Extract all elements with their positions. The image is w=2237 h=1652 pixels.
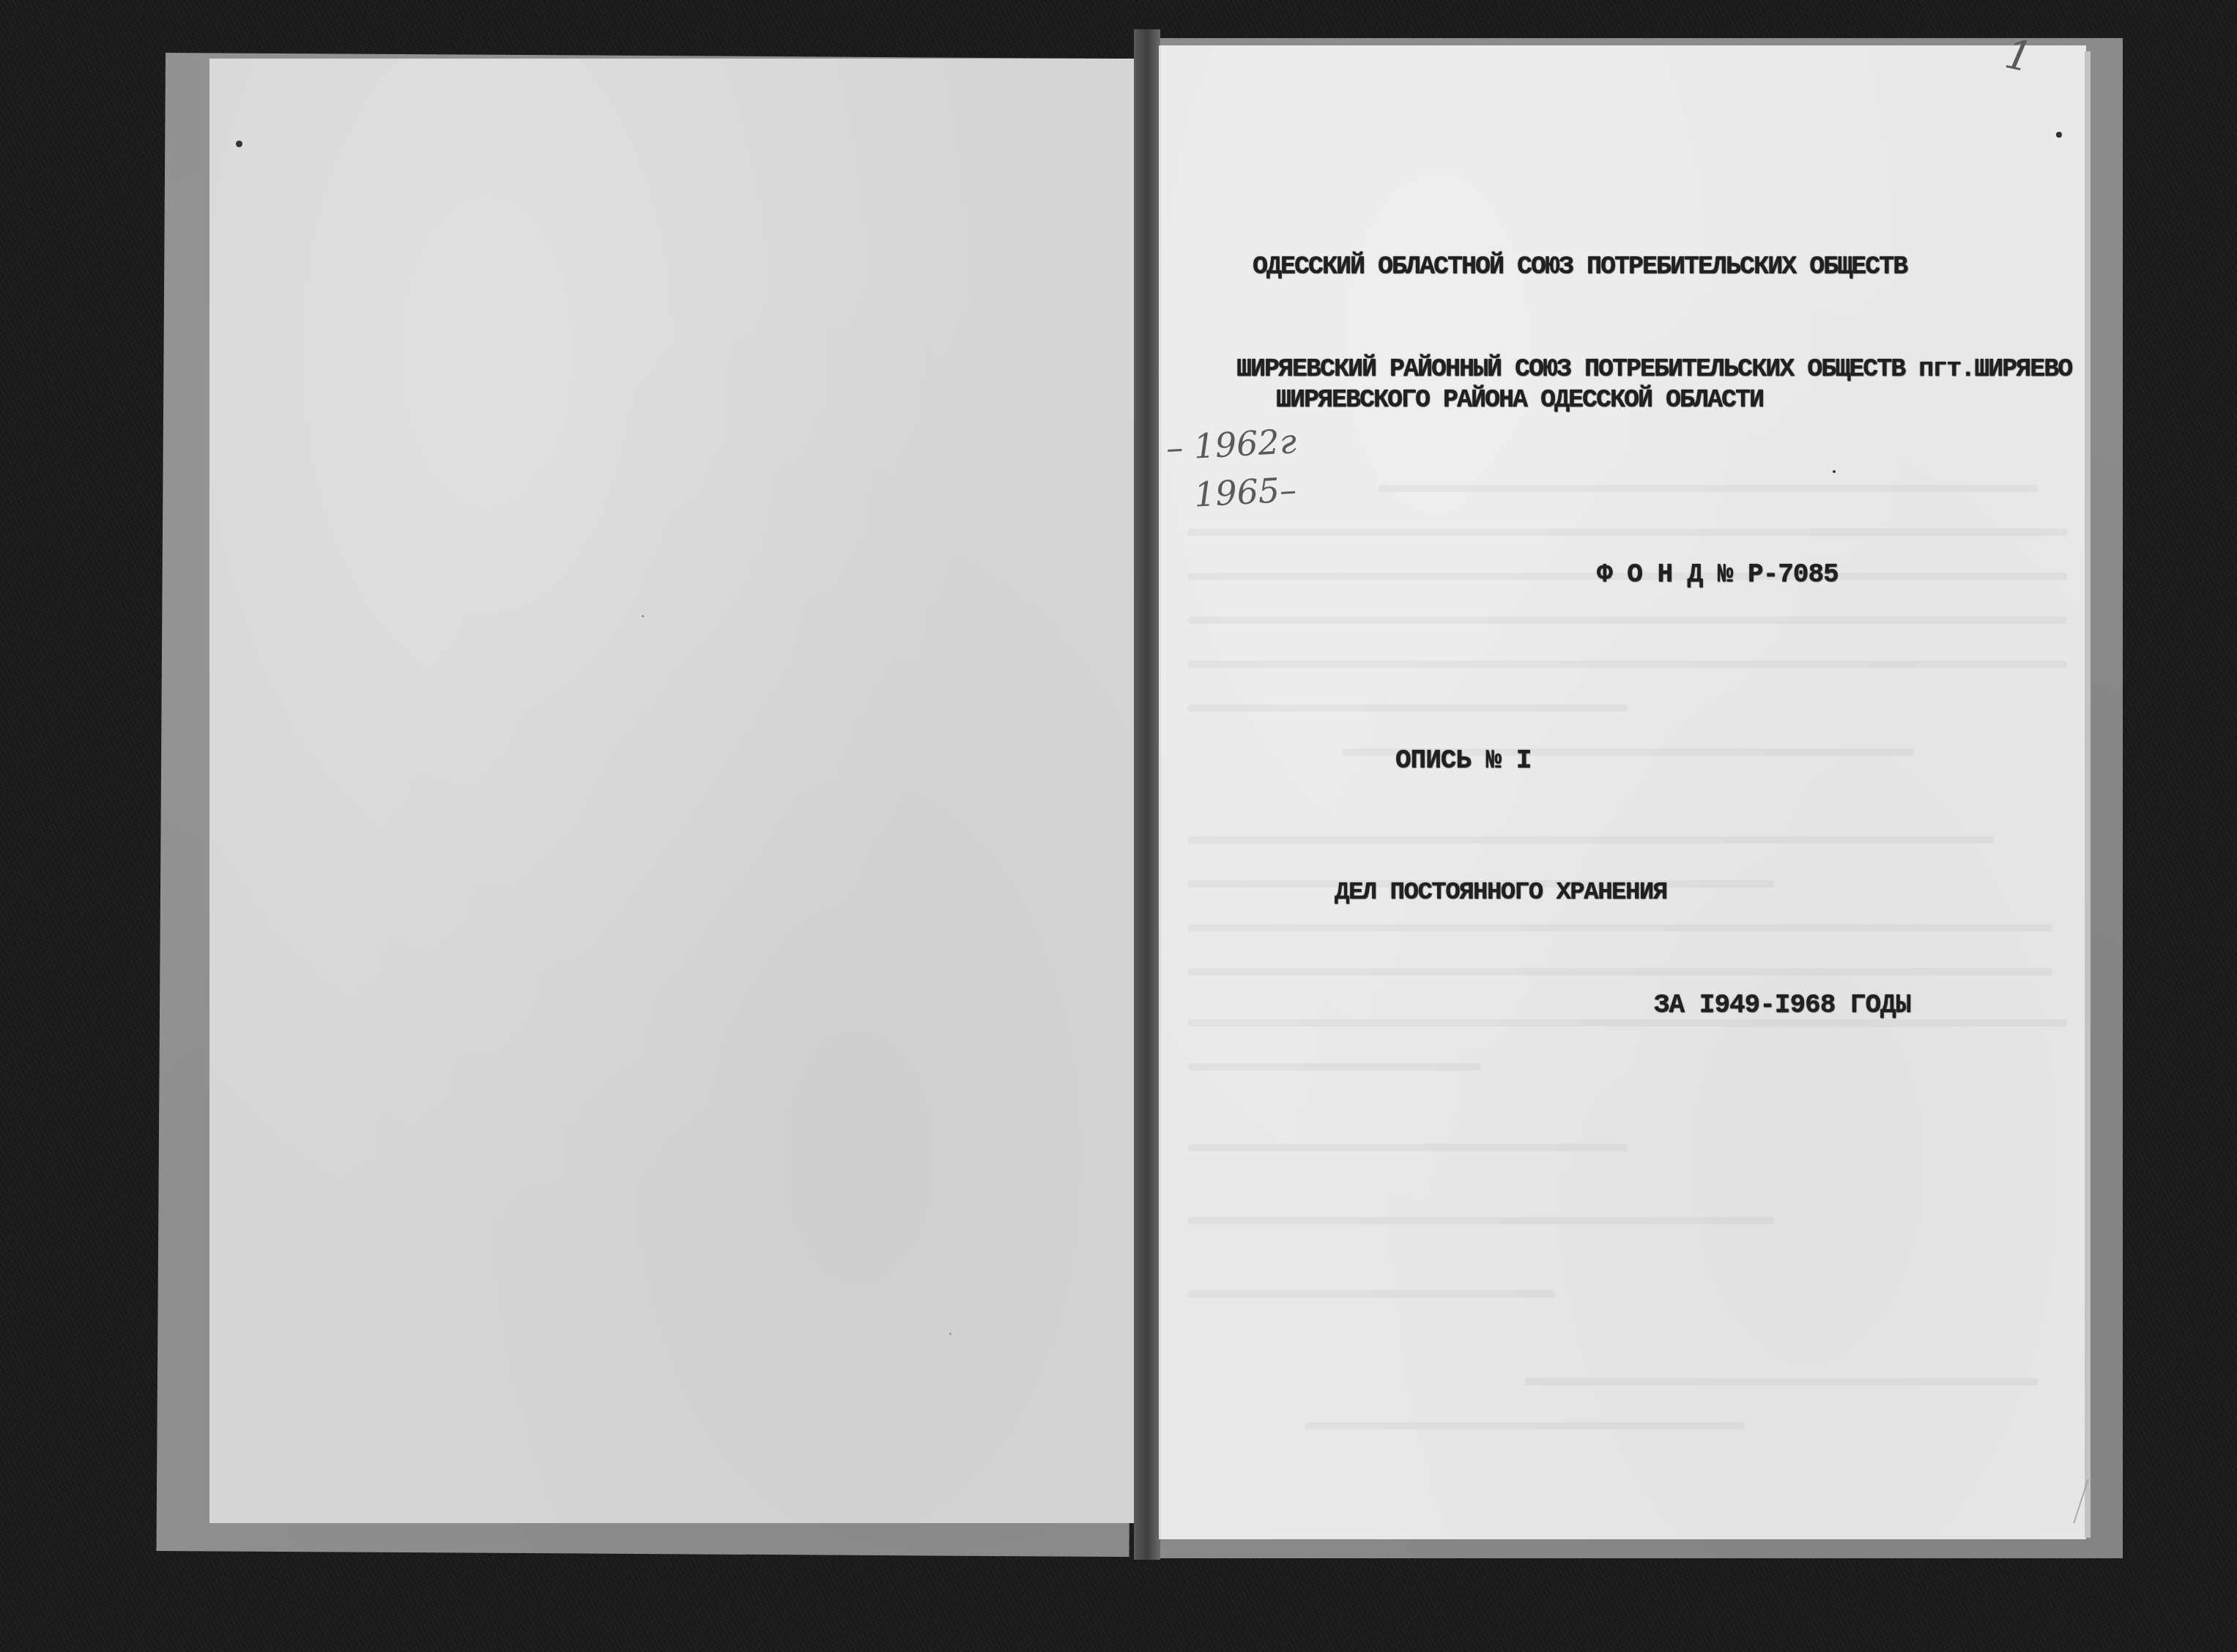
district-union-line-1: ШИРЯЕВСКИЙ РАЙОННЫЙ СОЮЗ ПОТРЕБИТЕЛЬСКИХ… (1236, 354, 2071, 384)
left-page-blank (209, 59, 1137, 1523)
bleed-through-text (1188, 661, 2067, 668)
ink-speck (2056, 132, 2062, 138)
book-spine-gutter (1134, 29, 1160, 1560)
bleed-through-text (1188, 924, 2052, 931)
ink-speck (1833, 470, 1836, 473)
bleed-through-text (1188, 1290, 1554, 1298)
bleed-through-text (1188, 617, 2067, 624)
bleed-through-text (1188, 529, 2067, 536)
records-description: ДЕЛ ПОСТОЯННОГО ХРАНЕНИЯ (1335, 879, 1667, 907)
bleed-through-text (1379, 485, 2038, 492)
bleed-through-text (1188, 1019, 2067, 1027)
handwritten-date-1965: 1965– (1193, 469, 1298, 514)
ink-speck (642, 615, 644, 617)
bleed-through-text (1188, 1144, 1628, 1151)
bleed-through-text (1305, 1422, 1745, 1429)
page-edge (2085, 51, 2091, 1538)
bleed-through-text (1188, 1217, 1774, 1224)
district-union-line-2: ШИРЯЕВСКОГО РАЙОНА ОДЕССКОЙ ОБЛАСТИ (1276, 385, 1763, 414)
opis-number: ОПИСЬ № I (1395, 745, 1531, 775)
years-range: ЗА I949-I968 ГОДЫ (1654, 990, 1910, 1020)
bleed-through-text (1188, 968, 2052, 975)
bleed-through-text (1188, 1063, 1481, 1071)
bleed-through-text (1188, 836, 1994, 844)
bleed-through-text (1188, 704, 1628, 712)
organization-heading: ОДЕССКИЙ ОБЛАСТНОЙ СОЮЗ ПОТРЕБИТЕЛЬСКИХ … (1253, 252, 1907, 281)
fond-number: Ф О Н Д № Р-7085 (1597, 559, 1839, 589)
ink-speck (236, 141, 242, 147)
bleed-through-text (1525, 1378, 2038, 1385)
ink-speck (949, 1333, 951, 1335)
handwritten-date-1962: – 1962г (1165, 421, 1298, 467)
